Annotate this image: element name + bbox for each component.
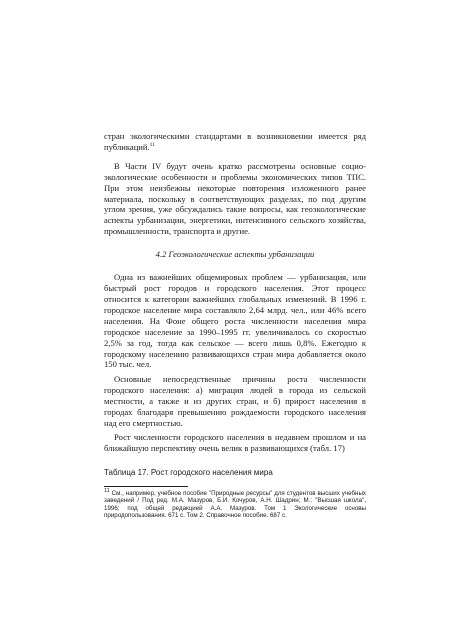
body-paragraph: Рост численности городского населения в … [104,432,366,454]
table-caption: Таблица 17. Рост городского населения ми… [104,468,366,478]
footnote-reference[interactable]: 11 [150,142,155,148]
section-heading: 4.2 Геоэкологические аспекты урбанизации [104,249,366,260]
intro-paragraph: В Части IV будут очень кратко рассмотрен… [104,161,366,237]
footnote-divider [104,486,188,487]
document-page: стран экологическими стандартами в возни… [104,131,366,520]
body-paragraph: Основные непосредственные причины роста … [104,374,366,429]
continuation-text: стран экологическими стандартами в возни… [104,131,366,152]
footnote-number: 11 [104,488,110,494]
footnote-text: См., например, учебное пособие "Природны… [104,490,366,520]
footnote: 11 См., например, учебное пособие "Приро… [104,490,366,520]
body-paragraph: Одна из важнейших общемировых проблем — … [104,272,366,370]
continuation-paragraph: стран экологическими стандартами в возни… [104,131,366,153]
